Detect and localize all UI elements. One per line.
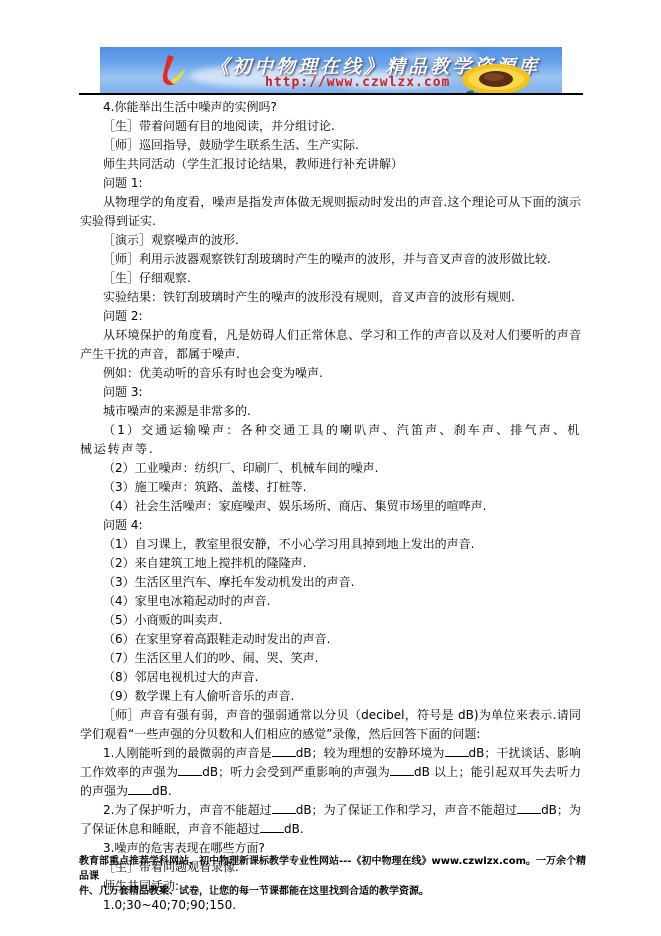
paragraph: 例如：优美动听的音乐有时也会变为噪声. [80,364,581,383]
question-text: dB. [152,784,172,798]
list-item: （4）社会生活噪声：家庭噪声、娱乐场所、商店、集贸市场里的喧哗声. [80,497,581,516]
czwlzx-logo-icon [152,53,188,89]
page-footer: 教育部重点推荐学科网站、初中物理新课标教学专业性网站---《初中物理在线》www… [79,854,589,899]
answer-blank [517,801,541,814]
paragraph: ［师］巡回指导，鼓励学生联系生活、生产实际. [80,136,581,155]
paragraph: ［师］利用示波器观察铁钉刮玻璃时产生的噪声的波形，并与音叉声音的波形做比较. [80,250,581,269]
fill-in-question-1: 1.人刚能听到的最微弱的声音是dB；较为理想的安静环境为dB；干扰谈话、影响工作… [80,744,581,801]
sunflower-icon [458,57,530,93]
question-text: dB；较为理想的安静环境为 [296,746,445,760]
answer-blank [260,820,284,833]
lesson-body: 4.你能举出生活中噪声的实例吗? ［生］带着问题有目的地阅读，并分组讨论. ［师… [80,98,581,915]
answer-blank [390,763,414,776]
answer-blank [445,744,469,757]
paragraph: 城市噪声的来源是非常多的. [80,402,581,421]
list-item: （8）邻居电视机过大的声音. [80,668,581,687]
question-heading: 问题 2: [80,307,581,326]
answer-blank [178,763,202,776]
paragraph: 从物理学的角度看，噪声是指发声体做无规则振动时发出的声音.这个理论可从下面的演示… [80,193,581,231]
list-item: （3）生活区里汽车、摩托车发动机发出的声音. [80,573,581,592]
site-banner: 《初中物理在线》精品教学资源库 http://www.czwlzx.com [100,47,562,93]
answer-blank [272,744,296,757]
question-text: 1.人刚能听到的最微弱的声音是 [103,746,272,760]
list-item: （4）家里电冰箱起动时的声音. [80,592,581,611]
list-item: （2）来自建筑工地上搅拌机的隆隆声. [80,554,581,573]
footer-line: 教育部重点推荐学科网站、初中物理新课标教学专业性网站---《初中物理在线》www… [79,854,589,884]
question-heading: 问题 4: [80,516,581,535]
paragraph: 实验结果：铁钉刮玻璃时产生的噪声的波形没有规则，音叉声音的波形有规则. [80,288,581,307]
paragraph: 从环境保护的角度看，凡是妨碍人们正常休息、学习和工作的声音以及对人们要听的声音产… [80,326,581,364]
paragraph: 4.你能举出生活中噪声的实例吗? [80,98,581,117]
question-heading: 问题 1: [80,174,581,193]
list-item: （1）交通运输噪声：各种交通工具的喇叭声、汽笛声、刹车声、排气声、机械运转声等. [80,421,581,459]
paragraph: ［生］仔细观察. [80,269,581,288]
fill-in-question-2: 2.为了保护听力，声音不能超过dB；为了保证工作和学习，声音不能超过dB；为了保… [80,801,581,839]
list-item: （5）小商贩的叫卖声. [80,611,581,630]
paragraph: 师生共同活动（学生汇报讨论结果，教师进行补充讲解） [80,155,581,174]
question-text: 2.为了保护听力，声音不能超过 [103,803,272,817]
header-divider [79,93,583,95]
list-item: （6）在家里穿着高跟鞋走动时发出的声音. [80,630,581,649]
paragraph: ［生］带着问题有目的地阅读，并分组讨论. [80,117,581,136]
paragraph: ［师］声音有强有弱，声音的强弱通常以分贝（decibel，符号是 dB)为单位来… [80,706,581,744]
paragraph: ［演示］观察噪声的波形. [80,231,581,250]
question-text: dB；听力会受到严重影响的声强为 [202,765,390,779]
list-item: （9）数学课上有人偷听音乐的声音. [80,687,581,706]
list-item: （3）施工噪声：筑路、盖楼、打桩等. [80,478,581,497]
question-text: dB；为了保证工作和学习，声音不能超过 [296,803,517,817]
list-item: （7）生活区里人们的吵、闹、哭、笑声. [80,649,581,668]
list-item: （1）自习课上，教室里很安静，不小心学习用具掉到地上发出的声音. [80,535,581,554]
banner-url: http://www.czwlzx.com [265,75,450,90]
answer-blank [272,801,296,814]
list-item: （2）工业噪声：纺织厂、印刷厂、机械车间的噪声. [80,459,581,478]
answer-blank [128,782,152,795]
footer-line: 件、几万套精品教案、试卷，让您的每一节课都能在这里找到合适的教学资源。 [79,884,589,899]
question-heading: 问题 3: [80,383,581,402]
question-text: dB. [284,822,304,836]
